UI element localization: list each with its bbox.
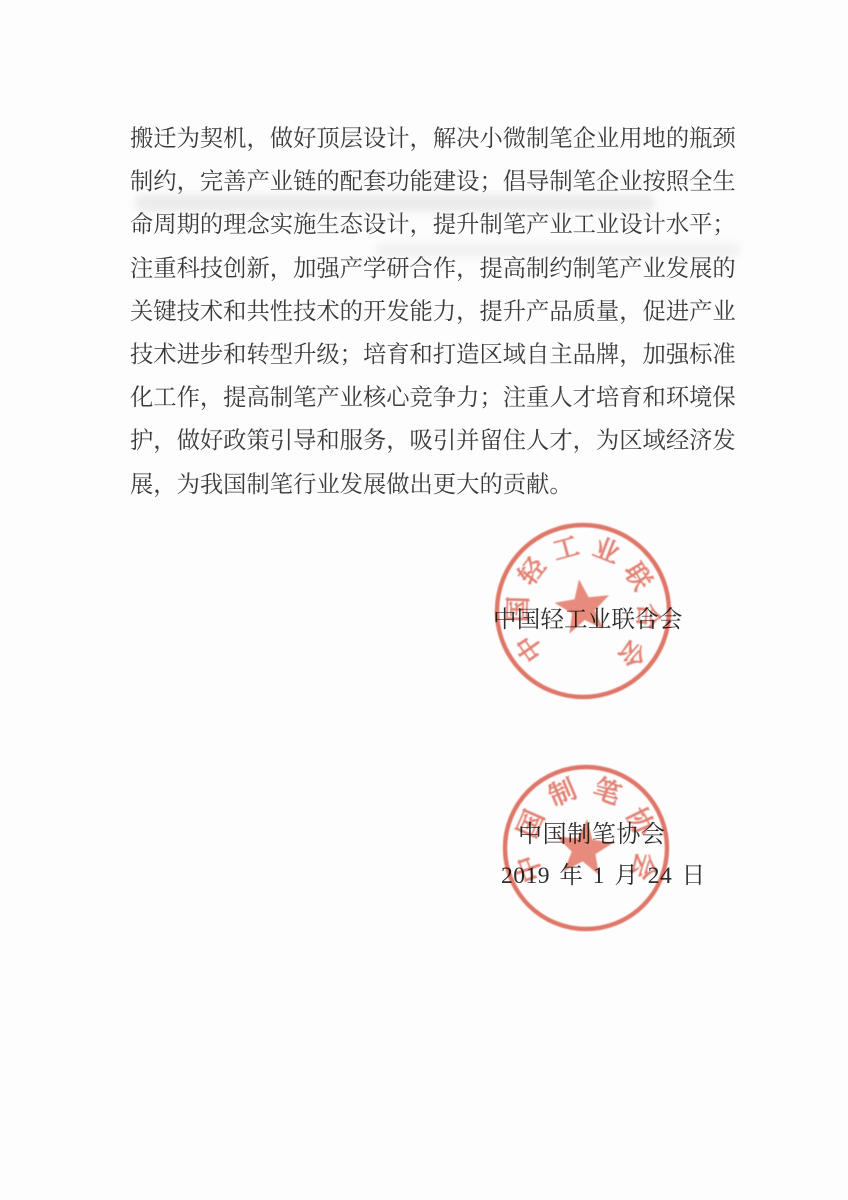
body-text-line: 展，为我国制笔行业发展做出更大的贡献。 (130, 464, 746, 507)
body-text-line: 技术进步和转型升级；培育和打造区域自主品牌，加强标准 (130, 334, 746, 377)
seal-arc-char: 中 (511, 851, 548, 887)
seal-arc-char: 联 (618, 558, 656, 595)
seal-arc-char: 会 (625, 849, 662, 884)
seal-arc-char: 国 (512, 806, 550, 843)
scanned-document-page: 搬迁为契机，做好顶层设计，解决小微制笔企业用地的瓶颈 制约，完善产业链的配套功能… (0, 0, 848, 1200)
official-seal-writing-instrument-association: 中 国 制 笔 协 会 (486, 748, 686, 948)
body-text-line: 关键技术和共性技术的开发能力，提升产品质量，促进产业 (130, 291, 746, 334)
body-text-line: 化工作，提高制笔产业核心竞争力；注重人才培育和环境保 (130, 377, 746, 420)
seal-arc-char: 协 (621, 803, 660, 841)
seal-arc-char: 制 (544, 774, 581, 812)
seal-arc-char: 工 (550, 531, 583, 566)
body-text-line: 护，做好政策引导和服务，吸引并留住人才，为区域经济发 (130, 420, 746, 463)
seal-star-icon (553, 816, 615, 876)
official-seal-light-industry-council: 中 国 轻 工 业 联 合 会 (481, 509, 685, 713)
seal-arc-char: 国 (504, 596, 534, 623)
body-text-line: 制约，完善产业链的配套功能建设；倡导制笔企业按照全生 (130, 161, 746, 204)
seal-arc-char: 笔 (589, 772, 625, 810)
body-text-line: 命周期的理念实施生态设计，提升制笔产业工业设计水平； (130, 204, 746, 247)
body-text-line: 搬迁为契机，做好顶层设计，解决小微制笔企业用地的瓶颈 (130, 118, 746, 161)
seal-arc-char: 中 (511, 629, 550, 667)
body-text-line: 注重科技创新，加强产学研合作，提高制约制笔产业发展的 (130, 248, 746, 291)
body-paragraph: 搬迁为契机，做好顶层设计，解决小微制笔企业用地的瓶颈 制约，完善产业链的配套功能… (130, 118, 746, 507)
seal-arc-char: 业 (589, 533, 624, 569)
seal-star-icon (552, 575, 614, 635)
seal-arc-char: 合 (632, 602, 664, 630)
seal-arc-char: 会 (612, 634, 651, 673)
